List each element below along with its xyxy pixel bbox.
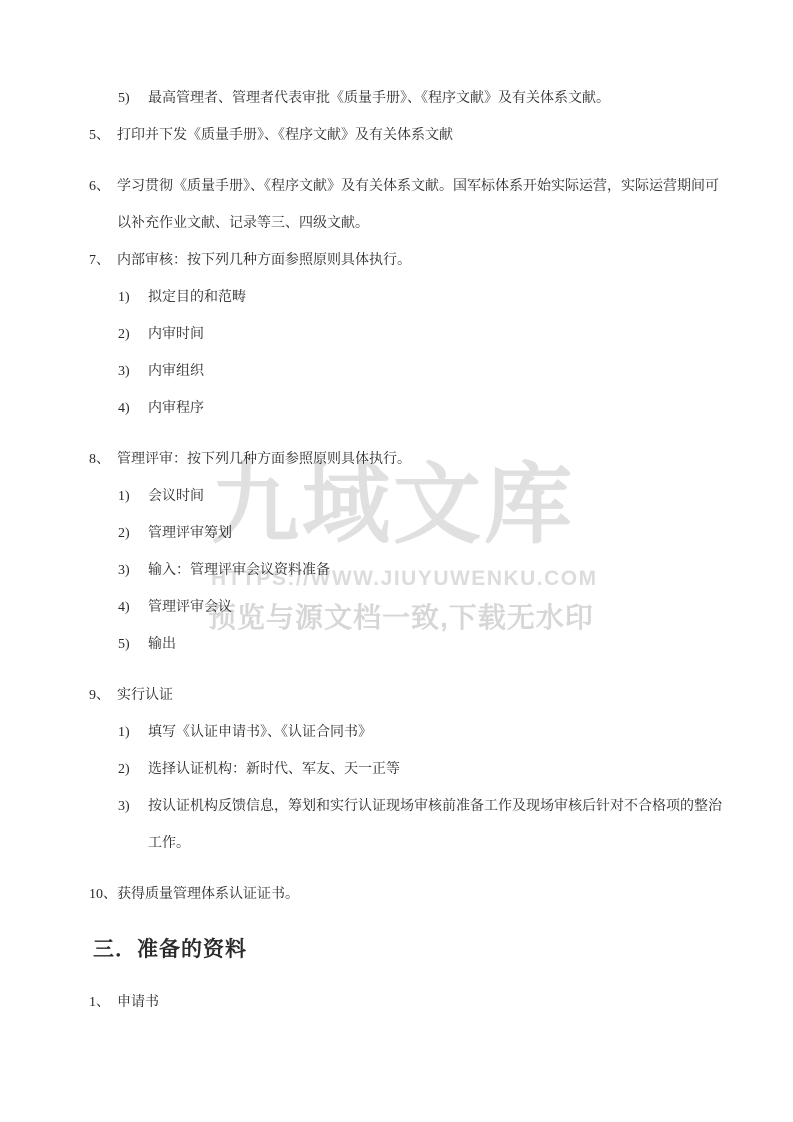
sub-list-item: 1)会议时间 xyxy=(89,478,731,515)
item-text: 填写《认证申请书》、《认证合同书》 xyxy=(148,725,372,740)
numbered-list-item: 10、获得质量管理体系认证证书。 xyxy=(89,876,731,913)
item-text: 内审时间 xyxy=(148,327,204,342)
item-number: 1、 xyxy=(89,984,117,1021)
numbered-list-item: 9、实行认证 xyxy=(89,677,731,714)
item-text: 申请书 xyxy=(117,995,159,1010)
sub-list-item: 4)管理评审会议 xyxy=(89,589,731,626)
sub-list-item: 2)选择认证机构：新时代、军友、天一正等 xyxy=(89,751,731,788)
item-text: 实行认证 xyxy=(117,688,173,703)
sub-list-item: 2)管理评审筹划 xyxy=(89,515,731,552)
item-number: 5) xyxy=(118,626,148,663)
item-number: 3) xyxy=(118,788,148,825)
item-number: 2) xyxy=(118,316,148,353)
sub-list-item: 1)拟定目的和范畴 xyxy=(89,279,731,316)
item-text: 管理评审：按下列几种方面参照原则具体执行。 xyxy=(117,452,411,467)
numbered-list-item: 6、学习贯彻《质量手册》、《程序文献》及有关体系文献。国军标体系开始实际运营，实… xyxy=(89,168,731,242)
item-number: 6、 xyxy=(89,168,117,205)
numbered-list-item: 5、打印并下发《质量手册》、《程序文献》及有关体系文献 xyxy=(89,117,731,154)
item-number: 1) xyxy=(118,478,148,515)
item-number: 9、 xyxy=(89,677,117,714)
item-text: 学习贯彻《质量手册》、《程序文献》及有关体系文献。国军标体系开始实际运营，实际运… xyxy=(117,179,719,231)
sub-list-item: 4)内审程序 xyxy=(89,390,731,427)
item-number: 8、 xyxy=(89,441,117,478)
sub-list-item: 3)输入：管理评审会议资料准备 xyxy=(89,552,731,589)
item-number: 3) xyxy=(118,353,148,390)
item-text: 选择认证机构：新时代、军友、天一正等 xyxy=(148,762,400,777)
item-number: 10、 xyxy=(89,876,117,913)
document-page: 九域文库 HTTPS://WWW.JIUYUWENKU.COM 预览与源文档一致… xyxy=(0,0,793,1122)
item-number: 4) xyxy=(118,589,148,626)
item-number: 4) xyxy=(118,390,148,427)
heading-text: 三．准备的资料 xyxy=(93,937,247,961)
sub-list-item: 5)最高管理者、管理者代表审批《质量手册》、《程序文献》及有关体系文献。 xyxy=(89,80,731,117)
item-number: 1) xyxy=(118,279,148,316)
item-text: 内审组织 xyxy=(148,364,204,379)
item-number: 2) xyxy=(118,515,148,552)
item-number: 1) xyxy=(118,714,148,751)
item-number: 3) xyxy=(118,552,148,589)
item-text: 最高管理者、管理者代表审批《质量手册》、《程序文献》及有关体系文献。 xyxy=(148,91,610,106)
item-text: 输入：管理评审会议资料准备 xyxy=(148,563,330,578)
sub-list-item: 3)内审组织 xyxy=(89,353,731,390)
item-number: 5) xyxy=(118,80,148,117)
numbered-list-item: 7、内部审核：按下列几种方面参照原则具体执行。 xyxy=(89,242,731,279)
item-text: 内审程序 xyxy=(148,401,204,416)
document-content: 5)最高管理者、管理者代表审批《质量手册》、《程序文献》及有关体系文献。5、打印… xyxy=(89,80,731,1021)
sub-list-item: 5)输出 xyxy=(89,626,731,663)
numbered-list-item: 1、申请书 xyxy=(89,984,731,1021)
item-number: 2) xyxy=(118,751,148,788)
sub-list-item: 3)按认证机构反馈信息，筹划和实行认证现场审核前准备工作及现场审核后针对不合格项… xyxy=(89,788,731,862)
sub-list-item: 1)填写《认证申请书》、《认证合同书》 xyxy=(89,714,731,751)
item-text: 拟定目的和范畴 xyxy=(148,290,246,305)
item-text: 管理评审筹划 xyxy=(148,526,232,541)
item-text: 内部审核：按下列几种方面参照原则具体执行。 xyxy=(117,253,411,268)
item-number: 5、 xyxy=(89,117,117,154)
sub-list-item: 2)内审时间 xyxy=(89,316,731,353)
item-number: 7、 xyxy=(89,242,117,279)
item-text: 获得质量管理体系认证证书。 xyxy=(117,887,299,902)
section-heading: 三．准备的资料 xyxy=(89,927,731,971)
item-text: 会议时间 xyxy=(148,489,204,504)
item-text: 打印并下发《质量手册》、《程序文献》及有关体系文献 xyxy=(117,128,453,143)
item-text: 输出 xyxy=(148,637,176,652)
item-text: 按认证机构反馈信息，筹划和实行认证现场审核前准备工作及现场审核后针对不合格项的整… xyxy=(148,799,722,851)
item-text: 管理评审会议 xyxy=(148,600,232,615)
numbered-list-item: 8、管理评审：按下列几种方面参照原则具体执行。 xyxy=(89,441,731,478)
